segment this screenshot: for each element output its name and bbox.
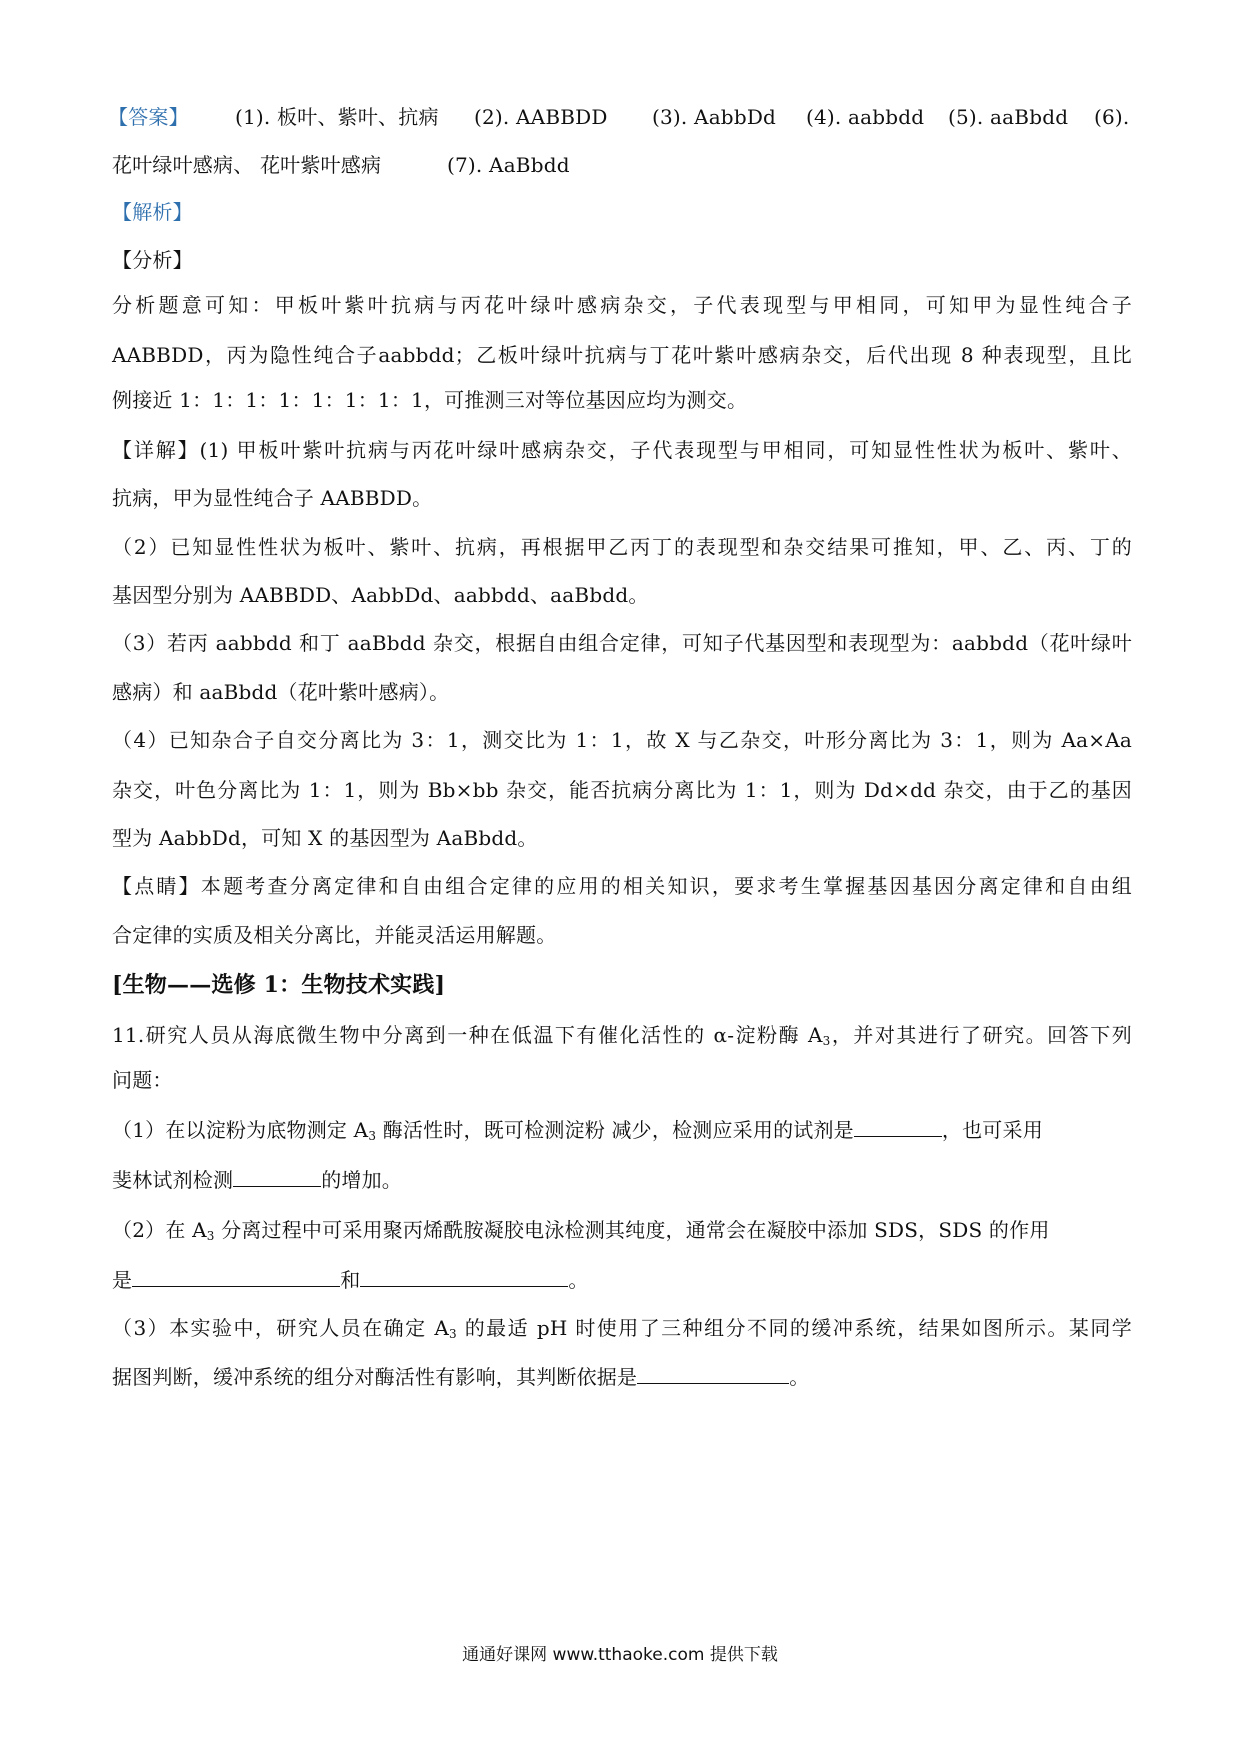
answer-blank-5[interactable] [637,1363,789,1384]
details-p2-line-2: 基因型分别为 AABBDD、AabbDd、aabbdd、aaBbdd。 [112,581,1132,609]
details-p1-line-1: 【详解】(1) 甲板叶紫叶抗病与丙花叶绿叶感病杂交，子代表现型与甲相同，可知显性… [112,436,1132,464]
page-footer: 通通好课网 www.tthaoke.com 提供下载 [0,1640,1240,1665]
q11-part3-text-c: 据图判断，缓冲系统的组分对酶活性有影响，其判断依据是 [112,1365,637,1389]
answer-item-4: (4). aabbdd [806,103,924,131]
details-p3-line-2: 感病）和 aaBbdd（花叶紫叶感病）。 [112,678,1132,706]
q11-part3-line-2: 据图判断，缓冲系统的组分对酶活性有影响，其判断依据是。 [112,1363,1132,1391]
q11-part2-text-e: 。 [568,1268,588,1292]
answer-blank-3[interactable] [132,1266,340,1287]
q11-part2-line-1: （2）在 A3 分离过程中可采用聚丙烯酰胺凝胶电泳检测其纯度，通常会在凝胶中添加… [112,1216,1132,1244]
details-p4-line-3: 型为 AabbDd，可知 X 的基因型为 AaBbdd。 [112,824,1132,852]
q11-part3-line-1: （3）本实验中，研究人员在确定 A3 的最适 pH 时使用了三种组分不同的缓冲系… [112,1314,1132,1342]
q11-part3-subscript: 3 [449,1327,457,1341]
analysis-sub-label: 【分析】 [112,246,1132,274]
q11-part3-text-b: 的最适 pH 时使用了三种组分不同的缓冲系统，结果如图所示。某同学 [457,1316,1132,1340]
details-p1-text: (1) 甲板叶紫叶抗病与丙花叶绿叶感病杂交，子代表现型与甲相同，可知显性性状为板… [200,438,1132,462]
comment-label: 【点睛】 [112,874,201,898]
answer-label: 【答案】 [108,103,189,131]
q11-part2-subscript: 3 [207,1229,215,1243]
q11-part1-subscript: 3 [368,1129,376,1143]
q11-stem-line-2: 问题： [112,1066,1132,1094]
section-heading: [生物——选修 1：生物技术实践] [112,971,1132,999]
q11-part1-line-1: （1）在以淀粉为底物测定 A3 酶活性时，既可检测淀粉 减少，检测应采用的试剂是… [112,1116,1132,1144]
details-p4-line-1: （4）已知杂合子自交分离比为 3：1，测交比为 1：1，故 X 与乙杂交，叶形分… [112,726,1132,754]
comment-line-1: 【点睛】本题考查分离定律和自由组合定律的应用的相关知识，要求考生掌握基因基因分离… [112,872,1132,900]
answer-item-3: (3). AabbDd [652,103,776,131]
answer-blank-4[interactable] [360,1266,568,1287]
answer-item-5: (5). aaBbdd [948,103,1068,131]
q11-part3-text-d: 。 [789,1365,809,1389]
document-page: 【答案】 (1). 板叶、紫叶、抗病 (2). AABBDD (3). Aabb… [0,0,1240,1754]
details-p1-line-2: 抗病，甲为显性纯合子 AABBDD。 [112,484,1132,512]
details-p3-line-1: （3）若丙 aabbdd 和丁 aaBbdd 杂交，根据自由组合定律，可知子代基… [112,629,1132,657]
analysis-line-1: 分析题意可知：甲板叶紫叶抗病与丙花叶绿叶感病杂交，子代表现型与甲相同，可知甲为显… [112,291,1132,319]
q11-part1-line-2: 斐林试剂检测的增加。 [112,1166,1132,1194]
q11-part1-text-a: （1）在以淀粉为底物测定 A [112,1118,368,1142]
q11-part1-text-c: ，也可采用 [942,1118,1043,1142]
q11-stem-a: 11.研究人员从海底微生物中分离到一种在低温下有催化活性的 α-淀粉酶 A [112,1023,823,1047]
details-label: 【详解】 [112,438,200,462]
q11-part1-text-e: 的增加。 [321,1168,402,1192]
q11-part2-text-b: 分离过程中可采用聚丙烯酰胺凝胶电泳检测其纯度，通常会在凝胶中添加 SDS，SDS… [215,1218,1050,1242]
analysis-label: 【解析】 [112,198,1132,226]
q11-part2-line-2: 是和。 [112,1266,1132,1294]
q11-stem-b: ，并对其进行了研究。回答下列 [831,1023,1132,1047]
q11-stem-line-1: 11.研究人员从海底微生物中分离到一种在低温下有催化活性的 α-淀粉酶 A3，并… [112,1021,1132,1049]
details-p4-line-2: 杂交，叶色分离比为 1：1，则为 Bb×bb 杂交，能否抗病分离比为 1：1，则… [112,776,1132,804]
comment-text: 本题考查分离定律和自由组合定律的应用的相关知识，要求考生掌握基因基因分离定律和自… [201,874,1132,898]
answer-item-6: (6). [1094,103,1130,131]
q11-part1-text-b: 酶活性时，既可检测淀粉 减少，检测应采用的试剂是 [376,1118,854,1142]
analysis-line-3: 例接近 1：1：1：1：1：1：1：1，可推测三对等位基因应均为测交。 [112,386,1132,414]
q11-part3-text-a: （3）本实验中，研究人员在确定 A [112,1316,449,1340]
q11-stem-subscript: 3 [823,1034,831,1048]
analysis-line-2: AABBDD，丙为隐性纯合子aabbdd；乙板叶绿叶抗病与丁花叶紫叶感病杂交，后… [112,341,1132,369]
q11-part2-text-a: （2）在 A [112,1218,207,1242]
answer-blank-2[interactable] [233,1166,321,1187]
q11-part2-text-d: 和 [340,1268,360,1292]
q11-part1-text-d: 斐林试剂检测 [112,1168,233,1192]
answer-item-6-value: 花叶绿叶感病、 花叶紫叶感病 [112,151,381,179]
answer-item-1: (1). 板叶、紫叶、抗病 [235,103,439,131]
details-p2-line-1: （2）已知显性性状为板叶、紫叶、抗病，再根据甲乙丙丁的表现型和杂交结果可推知，甲… [112,533,1132,561]
answer-item-2: (2). AABBDD [474,103,608,131]
answer-item-7: (7). AaBbdd [447,151,570,179]
answer-blank-1[interactable] [854,1116,942,1137]
q11-part2-text-c: 是 [112,1268,132,1292]
comment-line-2: 合定律的实质及相关分离比，并能灵活运用解题。 [112,921,1132,949]
